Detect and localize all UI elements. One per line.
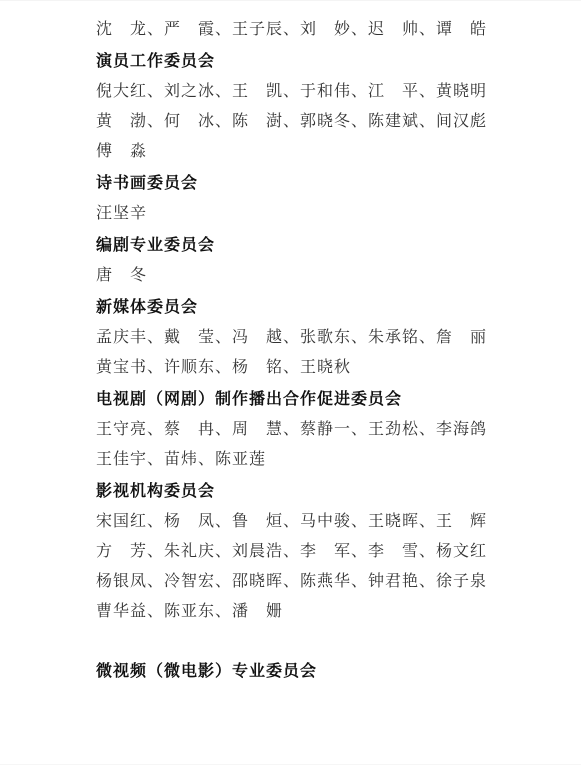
member-line: 唐 冬 — [96, 261, 496, 291]
member-line: 汪坚辛 — [96, 199, 496, 229]
committee-section: 电视剧（网剧）制作播出合作促进委员会王守亮、蔡 冉、周 慧、蔡静一、王劲松、李海… — [96, 385, 496, 475]
committee-section: 编剧专业委员会唐 冬 — [96, 231, 496, 291]
committee-section: 新媒体委员会孟庆丰、戴 莹、冯 越、张歌东、朱承铭、詹 丽黄宝书、许顺东、杨 铭… — [96, 293, 496, 383]
member-line: 王佳宇、苗炜、陈亚莲 — [96, 445, 496, 475]
member-line: 宋国红、杨 凤、鲁 烜、马中骏、王晓晖、王 辉 — [96, 507, 496, 537]
member-line: 傅 淼 — [96, 137, 496, 167]
committee-heading: 新媒体委员会 — [96, 293, 496, 323]
member-line: 孟庆丰、戴 莹、冯 越、张歌东、朱承铭、詹 丽 — [96, 323, 496, 353]
committee-heading: 演员工作委员会 — [96, 47, 496, 77]
member-line: 倪大红、刘之冰、王 凯、于和伟、江 平、黄晓明 — [96, 77, 496, 107]
committee-heading: 微视频（微电影）专业委员会 — [96, 657, 496, 687]
member-line: 黄宝书、许顺东、杨 铭、王晓秋 — [96, 353, 496, 383]
member-line: 曹华益、陈亚东、潘 姗 — [96, 597, 496, 627]
committee-section: 微视频（微电影）专业委员会 — [96, 657, 496, 687]
committee-heading: 编剧专业委员会 — [96, 231, 496, 261]
document-page: 沈 龙、严 霞、王子辰、刘 妙、迟 帅、谭 皓演员工作委员会倪大红、刘之冰、王 … — [0, 0, 581, 765]
committee-section: 影视机构委员会宋国红、杨 凤、鲁 烜、马中骏、王晓晖、王 辉方 芳、朱礼庆、刘晨… — [96, 477, 496, 627]
member-line: 沈 龙、严 霞、王子辰、刘 妙、迟 帅、谭 皓 — [96, 15, 496, 45]
member-line: 杨银凤、冷智宏、邵晓晖、陈燕华、钟君艳、徐子泉 — [96, 567, 496, 597]
document-body: 沈 龙、严 霞、王子辰、刘 妙、迟 帅、谭 皓演员工作委员会倪大红、刘之冰、王 … — [96, 15, 496, 687]
committee-section: 演员工作委员会倪大红、刘之冰、王 凯、于和伟、江 平、黄晓明黄 渤、何 冰、陈 … — [96, 47, 496, 167]
committee-heading: 诗书画委员会 — [96, 169, 496, 199]
committee-section: 诗书画委员会汪坚辛 — [96, 169, 496, 229]
member-line: 黄 渤、何 冰、陈 澍、郭晓冬、陈建斌、间汉彪 — [96, 107, 496, 137]
committee-section: 沈 龙、严 霞、王子辰、刘 妙、迟 帅、谭 皓 — [96, 15, 496, 45]
member-line: 方 芳、朱礼庆、刘晨浩、李 军、李 雪、杨文红 — [96, 537, 496, 567]
member-line: 王守亮、蔡 冉、周 慧、蔡静一、王劲松、李海鸽 — [96, 415, 496, 445]
committee-heading: 影视机构委员会 — [96, 477, 496, 507]
committee-heading: 电视剧（网剧）制作播出合作促进委员会 — [96, 385, 496, 415]
